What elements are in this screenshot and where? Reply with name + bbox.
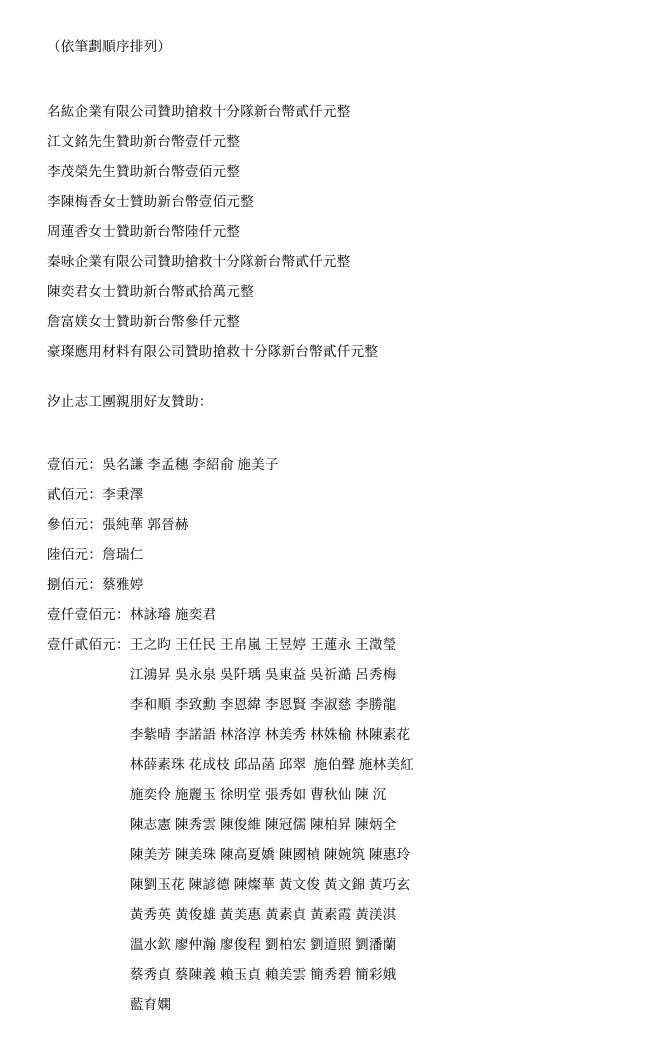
volunteer-section-header: 汐止志工團親朋好友贊助： (47, 387, 630, 417)
donor-names: 李秉澤 (102, 487, 143, 502)
amount-group-line: 參佰元：張純華 郭晉赫 (47, 510, 630, 540)
amount-group-line: 陸佰元：詹瑞仁 (47, 540, 630, 570)
donor-names: 蔡秀貞 蔡陳義 賴玉貞 賴美雲 簡秀碧 簡彩娥 (130, 967, 397, 982)
amount-label: 壹仟貳佰元： (47, 637, 130, 652)
sort-order-note: （依筆劃順序排列） (47, 32, 630, 62)
donor-line: 周蓮香女士贊助新台幣陸仟元整 (47, 217, 630, 247)
amount-label: 貳佰元： (47, 487, 102, 502)
donor-names: 林詠璿 施奕君 (130, 607, 216, 622)
continuation-line: 壹仟貳佰元：林薛素珠 花成枝 邱品菡 邱翠 施伯聲 施林美紅 (47, 750, 630, 780)
donor-line: 李茂榮先生贊助新台幣壹佰元整 (47, 157, 630, 187)
donor-list: 名紘企業有限公司贊助搶救十分隊新台幣貳仟元整 江文銘先生贊助新台幣壹仟元整 李茂… (47, 97, 630, 367)
amount-group-line: 壹仟壹佰元：林詠璿 施奕君 (47, 600, 630, 630)
amount-group-line: 壹佰元：吳名謙 李孟穗 李紹俞 施美子 (47, 450, 630, 480)
continuation-line: 壹仟貳佰元：陳志憲 陳秀雲 陳俊維 陳冠儒 陳柏昇 陳炳全 (47, 810, 630, 840)
donor-names: 黃秀英 黃俊雄 黃美惠 黃素貞 黃素霞 黃渼淇 (130, 907, 397, 922)
amount-label: 參佰元： (47, 517, 102, 532)
continuation-line: 壹仟貳佰元：施奕伶 施麗玉 徐明堂 張秀如 曹秋仙 陳 沉 (47, 780, 630, 810)
continuation-line: 壹仟貳佰元：陳美芳 陳美珠 陳高夏嬌 陳國楨 陳婉筑 陳惠玲 (47, 840, 630, 870)
donor-names: 施奕伶 施麗玉 徐明堂 張秀如 曹秋仙 陳 沉 (130, 787, 387, 802)
donor-line: 詹富媄女士贊助新台幣參仟元整 (47, 307, 630, 337)
donor-line: 陳奕君女士贊助新台幣貳拾萬元整 (47, 277, 630, 307)
donor-names: 李紫晴 李諾語 林洛淳 林美秀 林姝榆 林陳素花 (130, 727, 411, 742)
donor-names: 詹瑞仁 (102, 547, 143, 562)
donor-names: 王之昀 王任民 王帛嵐 王昱婷 王蓮永 王澂瑩 (130, 637, 397, 652)
donor-line: 江文銘先生贊助新台幣壹仟元整 (47, 127, 630, 157)
donor-names: 吳名謙 李孟穗 李紹俞 施美子 (102, 457, 279, 472)
continuation-line: 壹仟貳佰元：江鴻昇 吳永泉 吳阡瑀 吳東益 吳祈澔 呂秀梅 (47, 660, 630, 690)
continuation-line: 壹仟貳佰元：蔡秀貞 蔡陳義 賴玉貞 賴美雲 簡秀碧 簡彩娥 (47, 960, 630, 990)
continuation-line: 壹仟貳佰元：李紫晴 李諾語 林洛淳 林美秀 林姝榆 林陳素花 (47, 720, 630, 750)
amount-group-line: 捌佰元：蔡雅婷 (47, 570, 630, 600)
donor-names: 陳志憲 陳秀雲 陳俊維 陳冠儒 陳柏昇 陳炳全 (130, 817, 397, 832)
amount-label: 捌佰元： (47, 577, 102, 592)
continuation-line: 壹仟貳佰元：李和順 李致勳 李恩緯 李恩賢 李淑慈 李勝龍 (47, 690, 630, 720)
continuation-line: 壹仟貳佰元：黃秀英 黃俊雄 黃美惠 黃素貞 黃素霞 黃渼淇 (47, 900, 630, 930)
continuation-line: 壹仟貳佰元：陳劉玉花 陳諺德 陳燦華 黃文俊 黃文錦 黃巧玄 (47, 870, 630, 900)
donor-names: 藍育嫻 (130, 997, 171, 1012)
donor-line: 李陳梅香女士贊助新台幣壹佰元整 (47, 187, 630, 217)
continuation-line: 壹仟貳佰元：溫水欽 廖仲瀚 廖俊程 劉柏宏 劉道照 劉潘蘭 (47, 930, 630, 960)
donor-names: 江鴻昇 吳永泉 吳阡瑀 吳東益 吳祈澔 呂秀梅 (130, 667, 397, 682)
donor-names: 陳美芳 陳美珠 陳高夏嬌 陳國楨 陳婉筑 陳惠玲 (130, 847, 411, 862)
amount-label: 壹佰元： (47, 457, 102, 472)
amount-label: 壹仟壹佰元： (47, 607, 130, 622)
amount-group-line: 貳佰元：李秉澤 (47, 480, 630, 510)
donor-names: 陳劉玉花 陳諺德 陳燦華 黃文俊 黃文錦 黃巧玄 (130, 877, 411, 892)
amount-group-line: 壹仟貳佰元：王之昀 王任民 王帛嵐 王昱婷 王蓮永 王澂瑩 (47, 630, 630, 660)
amount-groups: 壹佰元：吳名謙 李孟穗 李紹俞 施美子 貳佰元：李秉澤 參佰元：張純華 郭晉赫 … (47, 450, 630, 1020)
donor-names: 李和順 李致勳 李恩緯 李恩賢 李淑慈 李勝龍 (130, 697, 397, 712)
document-page: （依筆劃順序排列） 名紘企業有限公司贊助搶救十分隊新台幣貳仟元整 江文銘先生贊助… (47, 32, 630, 1020)
donor-line: 豪璨應用材料有限公司贊助搶救十分隊新台幣貳仟元整 (47, 337, 630, 367)
continuation-line: 壹仟貳佰元：藍育嫻 (47, 990, 630, 1020)
donor-names: 林薛素珠 花成枝 邱品菡 邱翠 施伯聲 施林美紅 (130, 757, 414, 772)
donor-line: 秦咏企業有限公司贊助搶救十分隊新台幣貳仟元整 (47, 247, 630, 277)
donor-names: 張純華 郭晉赫 (102, 517, 188, 532)
donor-names: 蔡雅婷 (102, 577, 143, 592)
donor-line: 名紘企業有限公司贊助搶救十分隊新台幣貳仟元整 (47, 97, 630, 127)
amount-label: 陸佰元： (47, 547, 102, 562)
donor-names: 溫水欽 廖仲瀚 廖俊程 劉柏宏 劉道照 劉潘蘭 (130, 937, 397, 952)
